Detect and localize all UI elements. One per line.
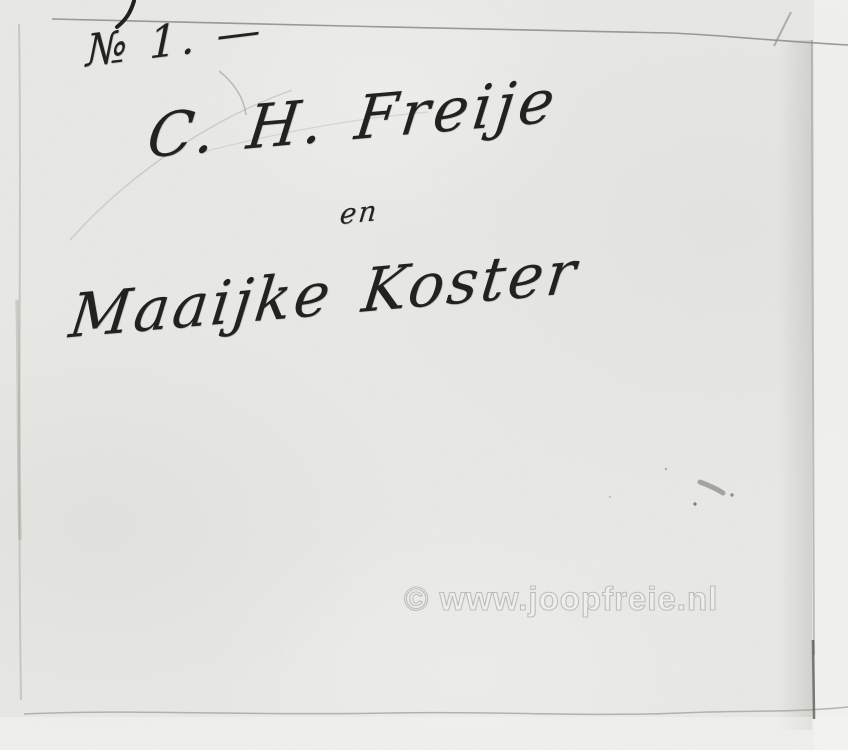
- conjunction-word: en: [338, 194, 380, 232]
- right-margin-paper: [814, 0, 848, 750]
- right-crease-shadow: [778, 40, 812, 730]
- bottom-margin-paper: [0, 717, 848, 750]
- website-watermark: © www.joopfreie.nl: [404, 580, 718, 618]
- scanned-document: № 1. — C. H. Freije en Maaijke Koster © …: [0, 0, 848, 750]
